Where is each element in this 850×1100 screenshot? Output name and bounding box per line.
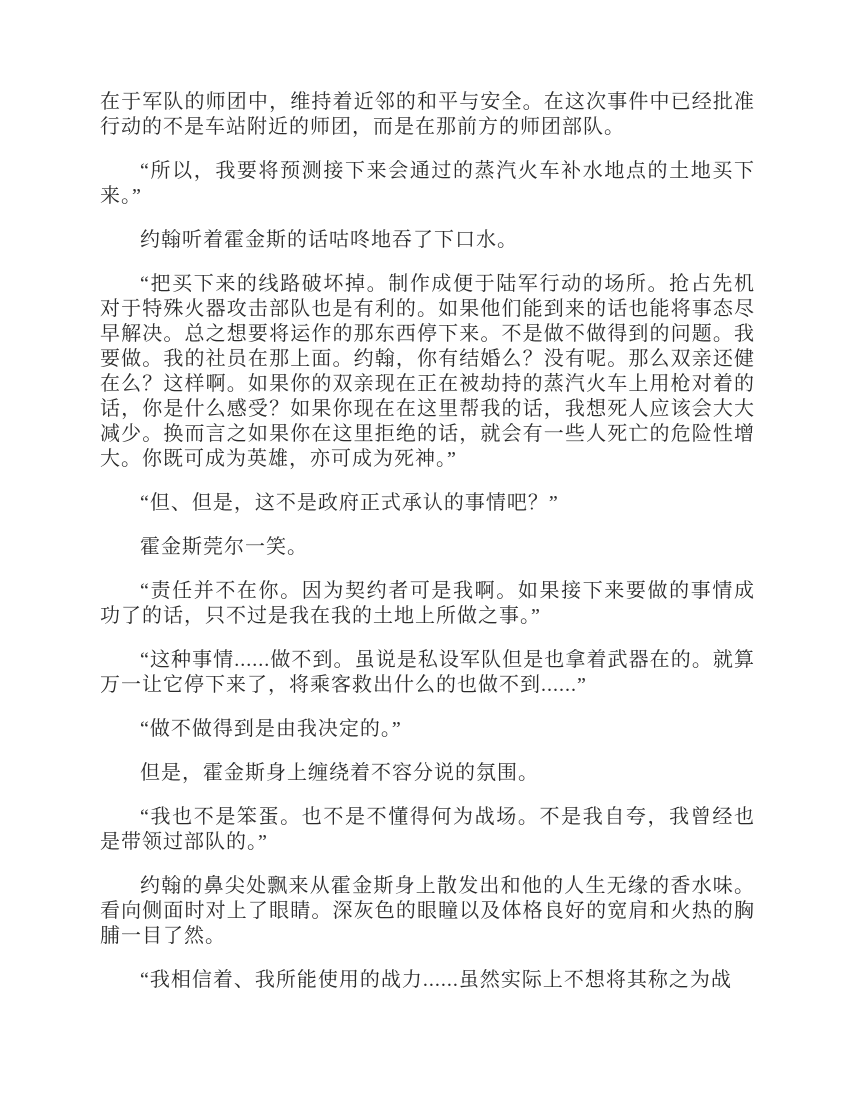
- paragraph: “做不做得到是由我决定的。”: [100, 717, 755, 742]
- paragraph: “责任并不在你。因为契约者可是我啊。如果接下来要做的事情成功了的话，只不过是我在…: [100, 579, 755, 629]
- paragraph: “所以，我要将预测接下来会通过的蒸汽火车补水地点的土地买下来。”: [100, 159, 755, 209]
- paragraph: 但是，霍金斯身上缠绕着不容分说的氛围。: [100, 761, 755, 786]
- text-content: 在于军队的师团中，维持着近邻的和平与安全。在这次事件中已经批准行动的不是车站附近…: [100, 90, 755, 1012]
- paragraph: 霍金斯莞尔一笑。: [100, 535, 755, 560]
- paragraph: 在于军队的师团中，维持着近邻的和平与安全。在这次事件中已经批准行动的不是车站附近…: [100, 90, 755, 140]
- document-page: 在于军队的师团中，维持着近邻的和平与安全。在这次事件中已经批准行动的不是车站附近…: [0, 0, 850, 1100]
- paragraph: 约翰听着霍金斯的话咕咚地吞了下口水。: [100, 228, 755, 253]
- paragraph: 约翰的鼻尖处飘来从霍金斯身上散发出和他的人生无缘的香水味。看向侧面时对上了眼睛。…: [100, 874, 755, 949]
- paragraph: “但、但是，这不是政府正式承认的事情吧？”: [100, 491, 755, 516]
- paragraph: “我相信着、我所能使用的战力......虽然实际上不想将其称之为战: [100, 968, 755, 993]
- paragraph: “把买下来的线路破坏掉。制作成便于陆军行动的场所。抢占先机对于特殊火器攻击部队也…: [100, 272, 755, 472]
- paragraph: “这种事情......做不到。虽说是私设军队但是也拿着武器在的。就算万一让它停下…: [100, 648, 755, 698]
- paragraph: “我也不是笨蛋。也不是不懂得何为战场。不是我自夸，我曾经也是带领过部队的。”: [100, 805, 755, 855]
